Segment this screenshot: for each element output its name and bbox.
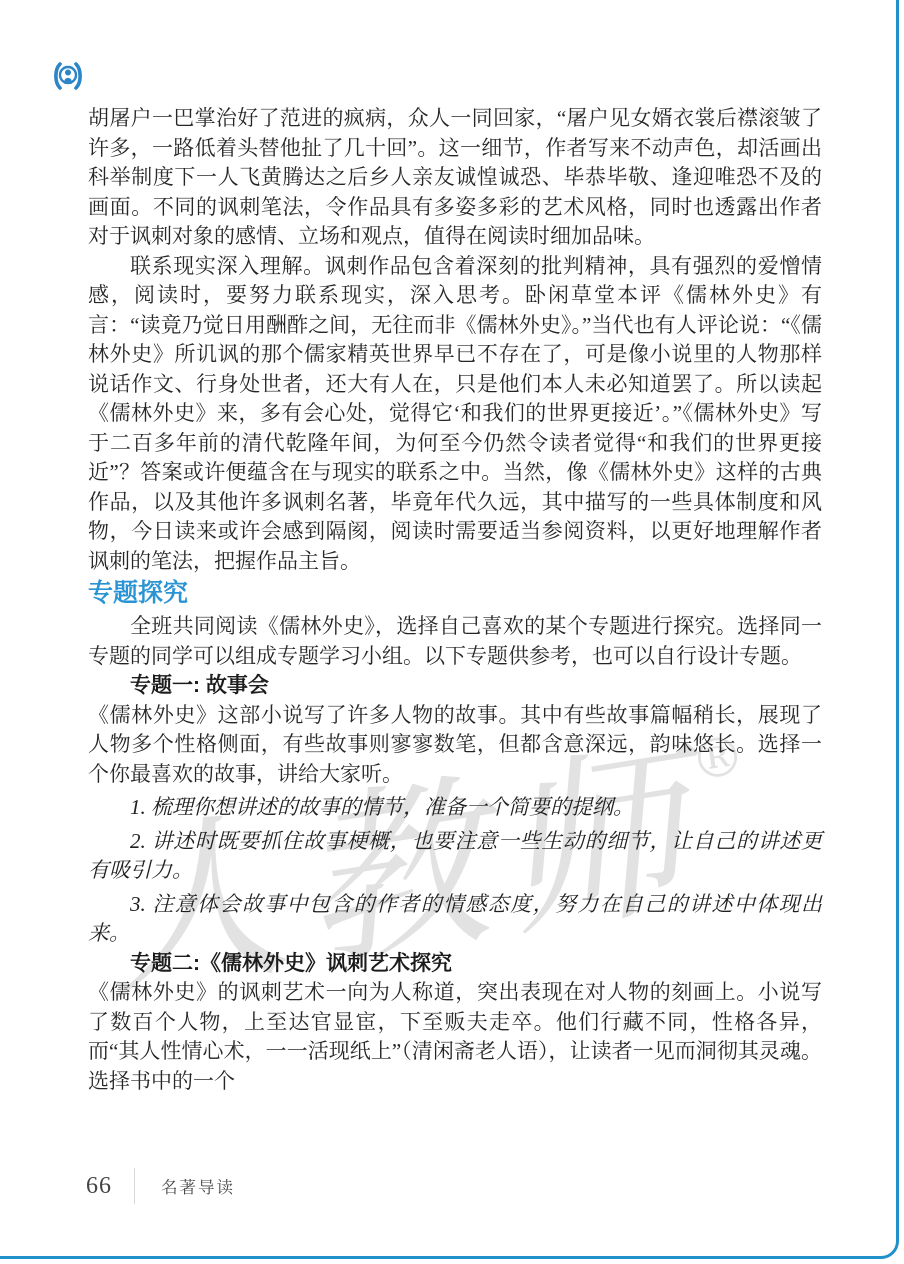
topic1-body: 《儒林外史》这部小说写了许多人物的故事。其中有些故事篇幅稍长，展现了人物多个性格…	[88, 701, 822, 790]
list-item-3: 3. 注意体会故事中包含的作者的情感态度，努力在自己的讲述中体现出来。	[88, 890, 822, 949]
paragraph-satire-techniques: 胡屠户一巴掌治好了范进的疯病，众人一同回家，“屠户见女婿衣裳后襟滚皱了许多，一路…	[88, 104, 822, 252]
list-item-1: 1. 梳理你想讲述的故事的情节，准备一个简要的提纲。	[88, 793, 822, 823]
page-footer: 66 名著导读	[86, 1168, 235, 1204]
topic2-title: 专题二:《儒林外史》讽刺艺术探究	[88, 949, 822, 979]
list-item-2: 2. 讲述时既要抓住故事梗概，也要注意一些生动的细节，让自己的讲述更有吸引力。	[88, 827, 822, 886]
topic1-title: 专题一: 故事会	[88, 671, 822, 701]
paragraph-intro: 全班共同阅读《儒林外史》，选择自己喜欢的某个专题进行探究。选择同一专题的同学可以…	[88, 612, 822, 671]
page-content: 胡屠户一巴掌治好了范进的疯病，众人一同回家，“屠户见女婿衣裳后襟滚皱了许多，一路…	[88, 104, 822, 1096]
footer-divider	[134, 1168, 135, 1204]
person-in-parentheses-icon	[50, 60, 86, 94]
textbook-page: 人教师® 胡屠户一巴掌治好了范进的疯病，众人一同回家，“屠户见女婿衣裳后襟滚皱了…	[0, 0, 904, 1264]
topic2-body: 《儒林外史》的讽刺艺术一向为人称道，突出表现在对人物的刻画上。小说写了数百个人物…	[88, 978, 822, 1096]
page-number: 66	[86, 1173, 112, 1200]
paragraph-connect-reality: 联系现实深入理解。讽刺作品包含着深刻的批判精神，具有强烈的爱憎情感，阅读时，要努…	[88, 252, 822, 577]
footer-section-label: 名著导读	[161, 1174, 235, 1198]
publisher-logo-icon	[50, 60, 86, 94]
section-heading: 专题探究	[88, 576, 822, 612]
